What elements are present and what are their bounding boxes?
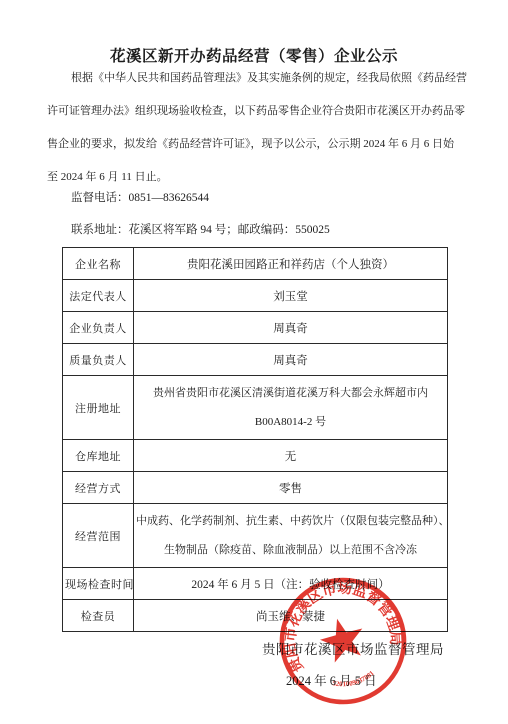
- row-label: 质量负责人: [63, 344, 134, 376]
- table-row: 法定代表人刘玉堂: [63, 280, 448, 312]
- row-value: 周真奇: [134, 312, 448, 344]
- row-value-line: 中成药、化学药制剂、抗生素、中药饮片（仅限包装完整品种）、: [136, 507, 445, 536]
- row-label: 企业名称: [63, 248, 134, 280]
- table-row: 检查员尚玉维、蒙捷: [63, 600, 448, 632]
- row-value: 无: [134, 440, 448, 472]
- table-row: 经营方式零售: [63, 472, 448, 504]
- row-value-line: 无: [136, 448, 445, 464]
- row-value-line: 贵州省贵阳市花溪区清溪街道花溪万科大都会永辉超市内: [136, 379, 445, 408]
- paragraph-line: 售企业的要求，拟发给《药品经营许可证》，现予以公示，公示期 2024 年 6 月…: [47, 128, 461, 161]
- table-row: 仓库地址无: [63, 440, 448, 472]
- row-label: 经营范围: [63, 504, 134, 568]
- row-value: 2024 年 6 月 5 日（注：验收检查时间）: [134, 568, 448, 600]
- address-value: 花溪区将军路 94 号；邮政编码：550025: [129, 224, 330, 236]
- intro-paragraph: 根据《中华人民共和国药品管理法》及其实施条例的规定，经我局依照《药品经营 许可证…: [47, 62, 461, 194]
- address-label: 联系地址：: [71, 224, 129, 236]
- row-label: 现场检查时间: [63, 568, 134, 600]
- issue-date: 2024 年 6 月 5 日: [286, 671, 377, 689]
- table-row: 企业名称贵阳花溪田园路正和祥药店（个人独资）: [63, 248, 448, 280]
- table-row: 现场检查时间2024 年 6 月 5 日（注：验收检查时间）: [63, 568, 448, 600]
- phone-value: 0851—83626544: [129, 192, 210, 204]
- enterprise-table-body: 企业名称贵阳花溪田园路正和祥药店（个人独资）法定代表人刘玉堂企业负责人周真奇质量…: [63, 248, 448, 632]
- row-value-line: 尚玉维、蒙捷: [136, 608, 445, 624]
- row-value: 零售: [134, 472, 448, 504]
- row-value-line: 周真奇: [136, 352, 445, 368]
- row-label: 注册地址: [63, 376, 134, 440]
- row-value-line: 周真奇: [136, 320, 445, 336]
- table-row: 注册地址贵州省贵阳市花溪区清溪街道花溪万科大都会永辉超市内B00A8014-2 …: [63, 376, 448, 440]
- row-value: 周真奇: [134, 344, 448, 376]
- row-value: 贵州省贵阳市花溪区清溪街道花溪万科大都会永辉超市内B00A8014-2 号: [134, 376, 448, 440]
- row-value: 贵阳花溪田园路正和祥药店（个人独资）: [134, 248, 448, 280]
- row-value-line: 生物制品（除疫苗、除血液制品）以上范围不含冷冻: [136, 536, 445, 565]
- supervision-phone-line: 监督电话：0851—83626544: [71, 189, 209, 205]
- row-label: 检查员: [63, 600, 134, 632]
- phone-label: 监督电话：: [71, 192, 129, 204]
- table-row: 经营范围中成药、化学药制剂、抗生素、中药饮片（仅限包装完整品种）、生物制品（除疫…: [63, 504, 448, 568]
- paragraph-line: 根据《中华人民共和国药品管理法》及其实施条例的规定，经我局依照《药品经营: [47, 62, 461, 95]
- row-label: 经营方式: [63, 472, 134, 504]
- issuing-agency: 贵阳市花溪区市场监督管理局: [262, 638, 444, 658]
- table-row: 质量负责人周真奇: [63, 344, 448, 376]
- row-value-line: 刘玉堂: [136, 288, 445, 304]
- row-label: 仓库地址: [63, 440, 134, 472]
- enterprise-info-table: 企业名称贵阳花溪田园路正和祥药店（个人独资）法定代表人刘玉堂企业负责人周真奇质量…: [62, 247, 448, 632]
- row-value-line: B00A8014-2 号: [136, 408, 445, 437]
- row-value: 刘玉堂: [134, 280, 448, 312]
- row-label: 法定代表人: [63, 280, 134, 312]
- table-row: 企业负责人周真奇: [63, 312, 448, 344]
- document-page: 花溪区新开办药品经营（零售）企业公示 根据《中华人民共和国药品管理法》及其实施条…: [0, 0, 508, 724]
- row-value: 尚玉维、蒙捷: [134, 600, 448, 632]
- row-value-line: 2024 年 6 月 5 日（注：验收检查时间）: [136, 576, 445, 592]
- row-value-line: 贵阳花溪田园路正和祥药店（个人独资）: [136, 256, 445, 272]
- row-label: 企业负责人: [63, 312, 134, 344]
- row-value: 中成药、化学药制剂、抗生素、中药饮片（仅限包装完整品种）、生物制品（除疫苗、除血…: [134, 504, 448, 568]
- row-value-line: 零售: [136, 480, 445, 496]
- paragraph-line: 许可证管理办法》组织现场验收检查，以下药品零售企业符合贵阳市花溪区开办药品零: [47, 95, 461, 128]
- contact-address-line: 联系地址：花溪区将军路 94 号；邮政编码：550025: [71, 221, 330, 237]
